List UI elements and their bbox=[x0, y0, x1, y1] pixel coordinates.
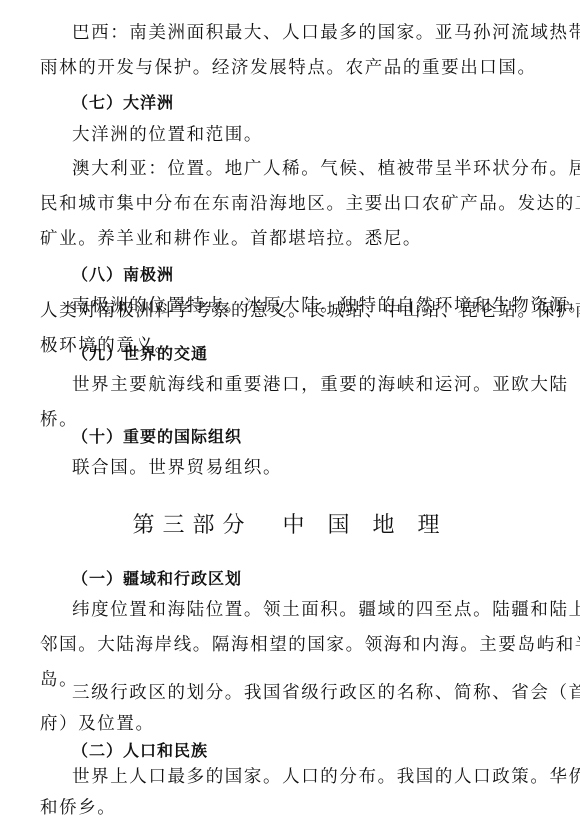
paragraph-line: 府）及位置。 bbox=[40, 713, 550, 735]
paragraph-line: 大洋洲的位置和范围。 bbox=[72, 124, 580, 146]
paragraph-line: 邻国。大陆海岸线。隔海相望的国家。领海和内海。主要岛屿和半 bbox=[40, 634, 550, 656]
section-heading: （八）南极洲 bbox=[72, 264, 580, 286]
section-heading: （十）重要的国际组织 bbox=[72, 426, 580, 448]
paragraph-line: 人类对南极洲科学考察的意义。长城站、中山站、昆仑站。保护南 bbox=[40, 300, 550, 322]
section-heading: （二）人口和民族 bbox=[72, 740, 580, 762]
paragraph-line: 纬度位置和海陆位置。领土面积。疆域的四至点。陆疆和陆上 bbox=[72, 599, 580, 621]
paragraph-line: 三级行政区的划分。我国省级行政区的名称、简称、省会（首 bbox=[72, 682, 580, 704]
section-heading: （七）大洋洲 bbox=[72, 92, 580, 114]
part-title: 第三部分 中 国 地 理 bbox=[0, 508, 580, 539]
document-page: 巴西：南美洲面积最大、人口最多的国家。亚马孙河流域热带 雨林的开发与保护。经济发… bbox=[0, 0, 580, 817]
paragraph-line: 和侨乡。 bbox=[40, 797, 550, 817]
section-heading: （一）疆域和行政区划 bbox=[72, 568, 580, 590]
paragraph-line: 巴西：南美洲面积最大、人口最多的国家。亚马孙河流域热带 bbox=[72, 22, 580, 44]
paragraph-line: 澳大利亚：位置。地广人稀。气候、植被带呈半环状分布。居 bbox=[72, 158, 580, 180]
paragraph-line: 雨林的开发与保护。经济发展特点。农产品的重要出口国。 bbox=[40, 57, 550, 79]
paragraph-line: 世界主要航海线和重要港口，重要的海峡和运河。亚欧大陆 bbox=[72, 374, 580, 396]
section-heading: （九）世界的交通 bbox=[72, 343, 580, 365]
paragraph-line: 民和城市集中分布在东南沿海地区。主要出口农矿产品。发达的工 bbox=[40, 193, 550, 215]
paragraph-line: 联合国。世界贸易组织。 bbox=[72, 457, 580, 479]
paragraph-line: 世界上人口最多的国家。人口的分布。我国的人口政策。华侨 bbox=[72, 766, 580, 788]
paragraph-line: 矿业。养羊业和耕作业。首都堪培拉。悉尼。 bbox=[40, 228, 550, 250]
